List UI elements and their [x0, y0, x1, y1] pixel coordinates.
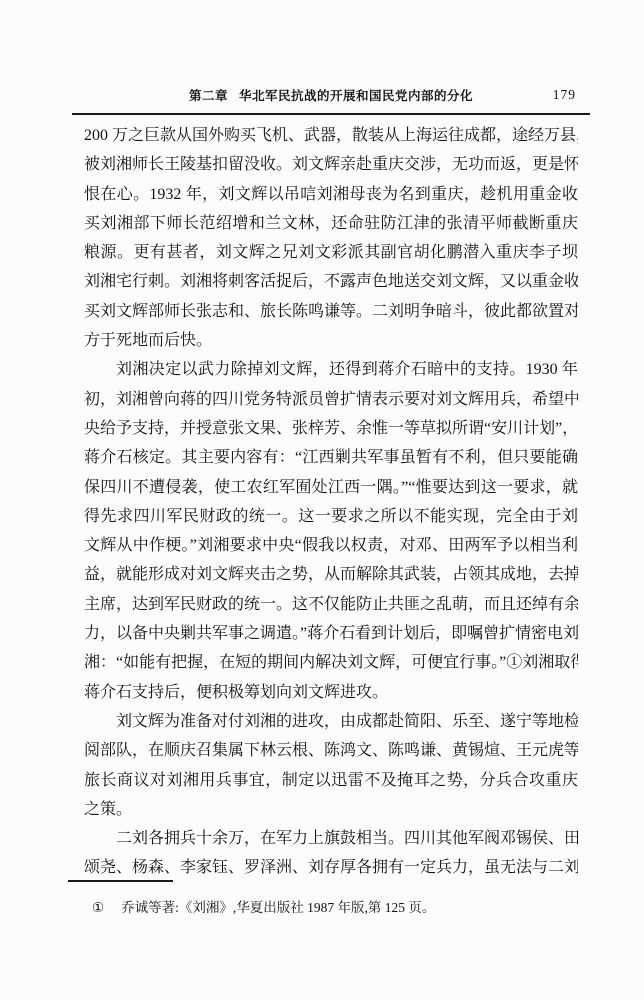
text-line: 湘：“如能有把握，在短的期间内解决刘文辉，可便宜行事。”①刘湘取得	[84, 648, 578, 677]
text-line: 央给予支持，并授意张文果、张梓芳、余惟一等草拟所谓“安川计划”，交	[84, 414, 578, 443]
chapter-title: 华北军民抗战的开展和国民党内部的分化	[239, 89, 473, 103]
text-line: 200 万之巨款从国外购买飞机、武器，散装从上海运往成都，途经万县，	[84, 121, 578, 150]
page-number: 179	[553, 87, 576, 103]
text-line: 粮源。更有甚者，刘文辉之兄刘文彩派其副官胡化鹏潜入重庆李子坝	[84, 238, 578, 267]
text-line: 得先求四川军民财政的统一。这一要求之所以不能实现，完全由于刘	[84, 502, 578, 531]
body-text: 200 万之巨款从国外购买飞机、武器，散装从上海运往成都，途经万县，被刘湘师长王…	[84, 121, 578, 883]
text-line: 刘湘宅行刺。刘湘将刺客活捉后，不露声色地送交刘文辉，又以重金收	[84, 267, 578, 296]
footnote-rule	[68, 880, 173, 882]
text-line: 初，刘湘曾向蒋的四川党务特派员曾扩情表示要对刘文辉用兵，希望中	[84, 385, 578, 414]
text-line: 旅长商议对刘湘用兵事宜，制定以迅雷不及掩耳之势，分兵合攻重庆	[84, 766, 578, 795]
chapter-heading: 第二章华北军民抗战的开展和国民党内部的分化	[72, 86, 590, 104]
text-line: 力，以备中央剿共军事之调遣。”蒋介石看到计划后，即嘱曾扩情密电刘	[84, 619, 578, 648]
text-line: 刘文辉为准备对付刘湘的进攻，由成都赴简阳、乐至、遂宁等地检	[84, 707, 578, 736]
footnote-text: 乔诚等著:《刘湘》,华夏出版社 1987 年版,第 125 页。	[121, 900, 435, 915]
text-line: 刘湘决定以武力除掉刘文辉，还得到蒋介石暗中的支持。1930 年	[84, 355, 578, 384]
running-header: 第二章华北军民抗战的开展和国民党内部的分化 179	[72, 86, 590, 108]
text-line: 阅部队，在顺庆召集属下林云根、陈鸿文、陈鸣谦、黄锡煊、王元虎等师、	[84, 736, 578, 765]
text-line: 恨在心。1932 年，刘文辉以吊唁刘湘母丧为名到重庆，趁机用重金收	[84, 180, 578, 209]
header-rule	[72, 113, 590, 115]
text-line: 方于死地而后快。	[84, 326, 578, 355]
footnote: ①乔诚等著:《刘湘》,华夏出版社 1987 年版,第 125 页。	[92, 897, 578, 918]
text-line: 买刘湘部下师长范绍增和兰文林，还命驻防江津的张清平师截断重庆	[84, 209, 578, 238]
footnote-marker: ①	[92, 900, 104, 915]
text-line: 被刘湘师长王陵基扣留没收。刘文辉亲赴重庆交涉，无功而返，更是怀	[84, 150, 578, 179]
book-page: 第二章华北军民抗战的开展和国民党内部的分化 179 200 万之巨款从国外购买飞…	[0, 0, 644, 1000]
text-line: 保四川不遭侵袭，使工农红军囿处江西一隅。”“惟要达到这一要求，就	[84, 473, 578, 502]
text-line: 颂尧、杨森、李家钰、罗泽洲、刘存厚各拥有一定兵力，虽无法与二刘抗	[84, 853, 578, 882]
text-line: 主席，达到军民财政的统一。这不仅能防止共匪之乱萌，而且还绰有余	[84, 590, 578, 619]
text-line: 二刘各拥兵十余万，在军力上旗鼓相当。四川其他军阀邓锡侯、田	[84, 824, 578, 853]
text-line: 之策。	[84, 795, 578, 824]
text-line: 买刘文辉部师长张志和、旅长陈鸣谦等。二刘明争暗斗，彼此都欲置对	[84, 297, 578, 326]
text-line: 文辉从中作梗。”刘湘要求中央“假我以权责，对邓、田两军予以相当利	[84, 531, 578, 560]
text-line: 蒋介石支持后，便积极筹划向刘文辉进攻。	[84, 678, 578, 707]
text-line: 蒋介石核定。其主要内容有：“江西剿共军事虽暂有不利，但只要能确	[84, 443, 578, 472]
chapter-label: 第二章	[189, 89, 228, 103]
text-line: 益，就能形成对刘文辉夹击之势，从而解除其武装，占领其成地，去掉其	[84, 560, 578, 589]
